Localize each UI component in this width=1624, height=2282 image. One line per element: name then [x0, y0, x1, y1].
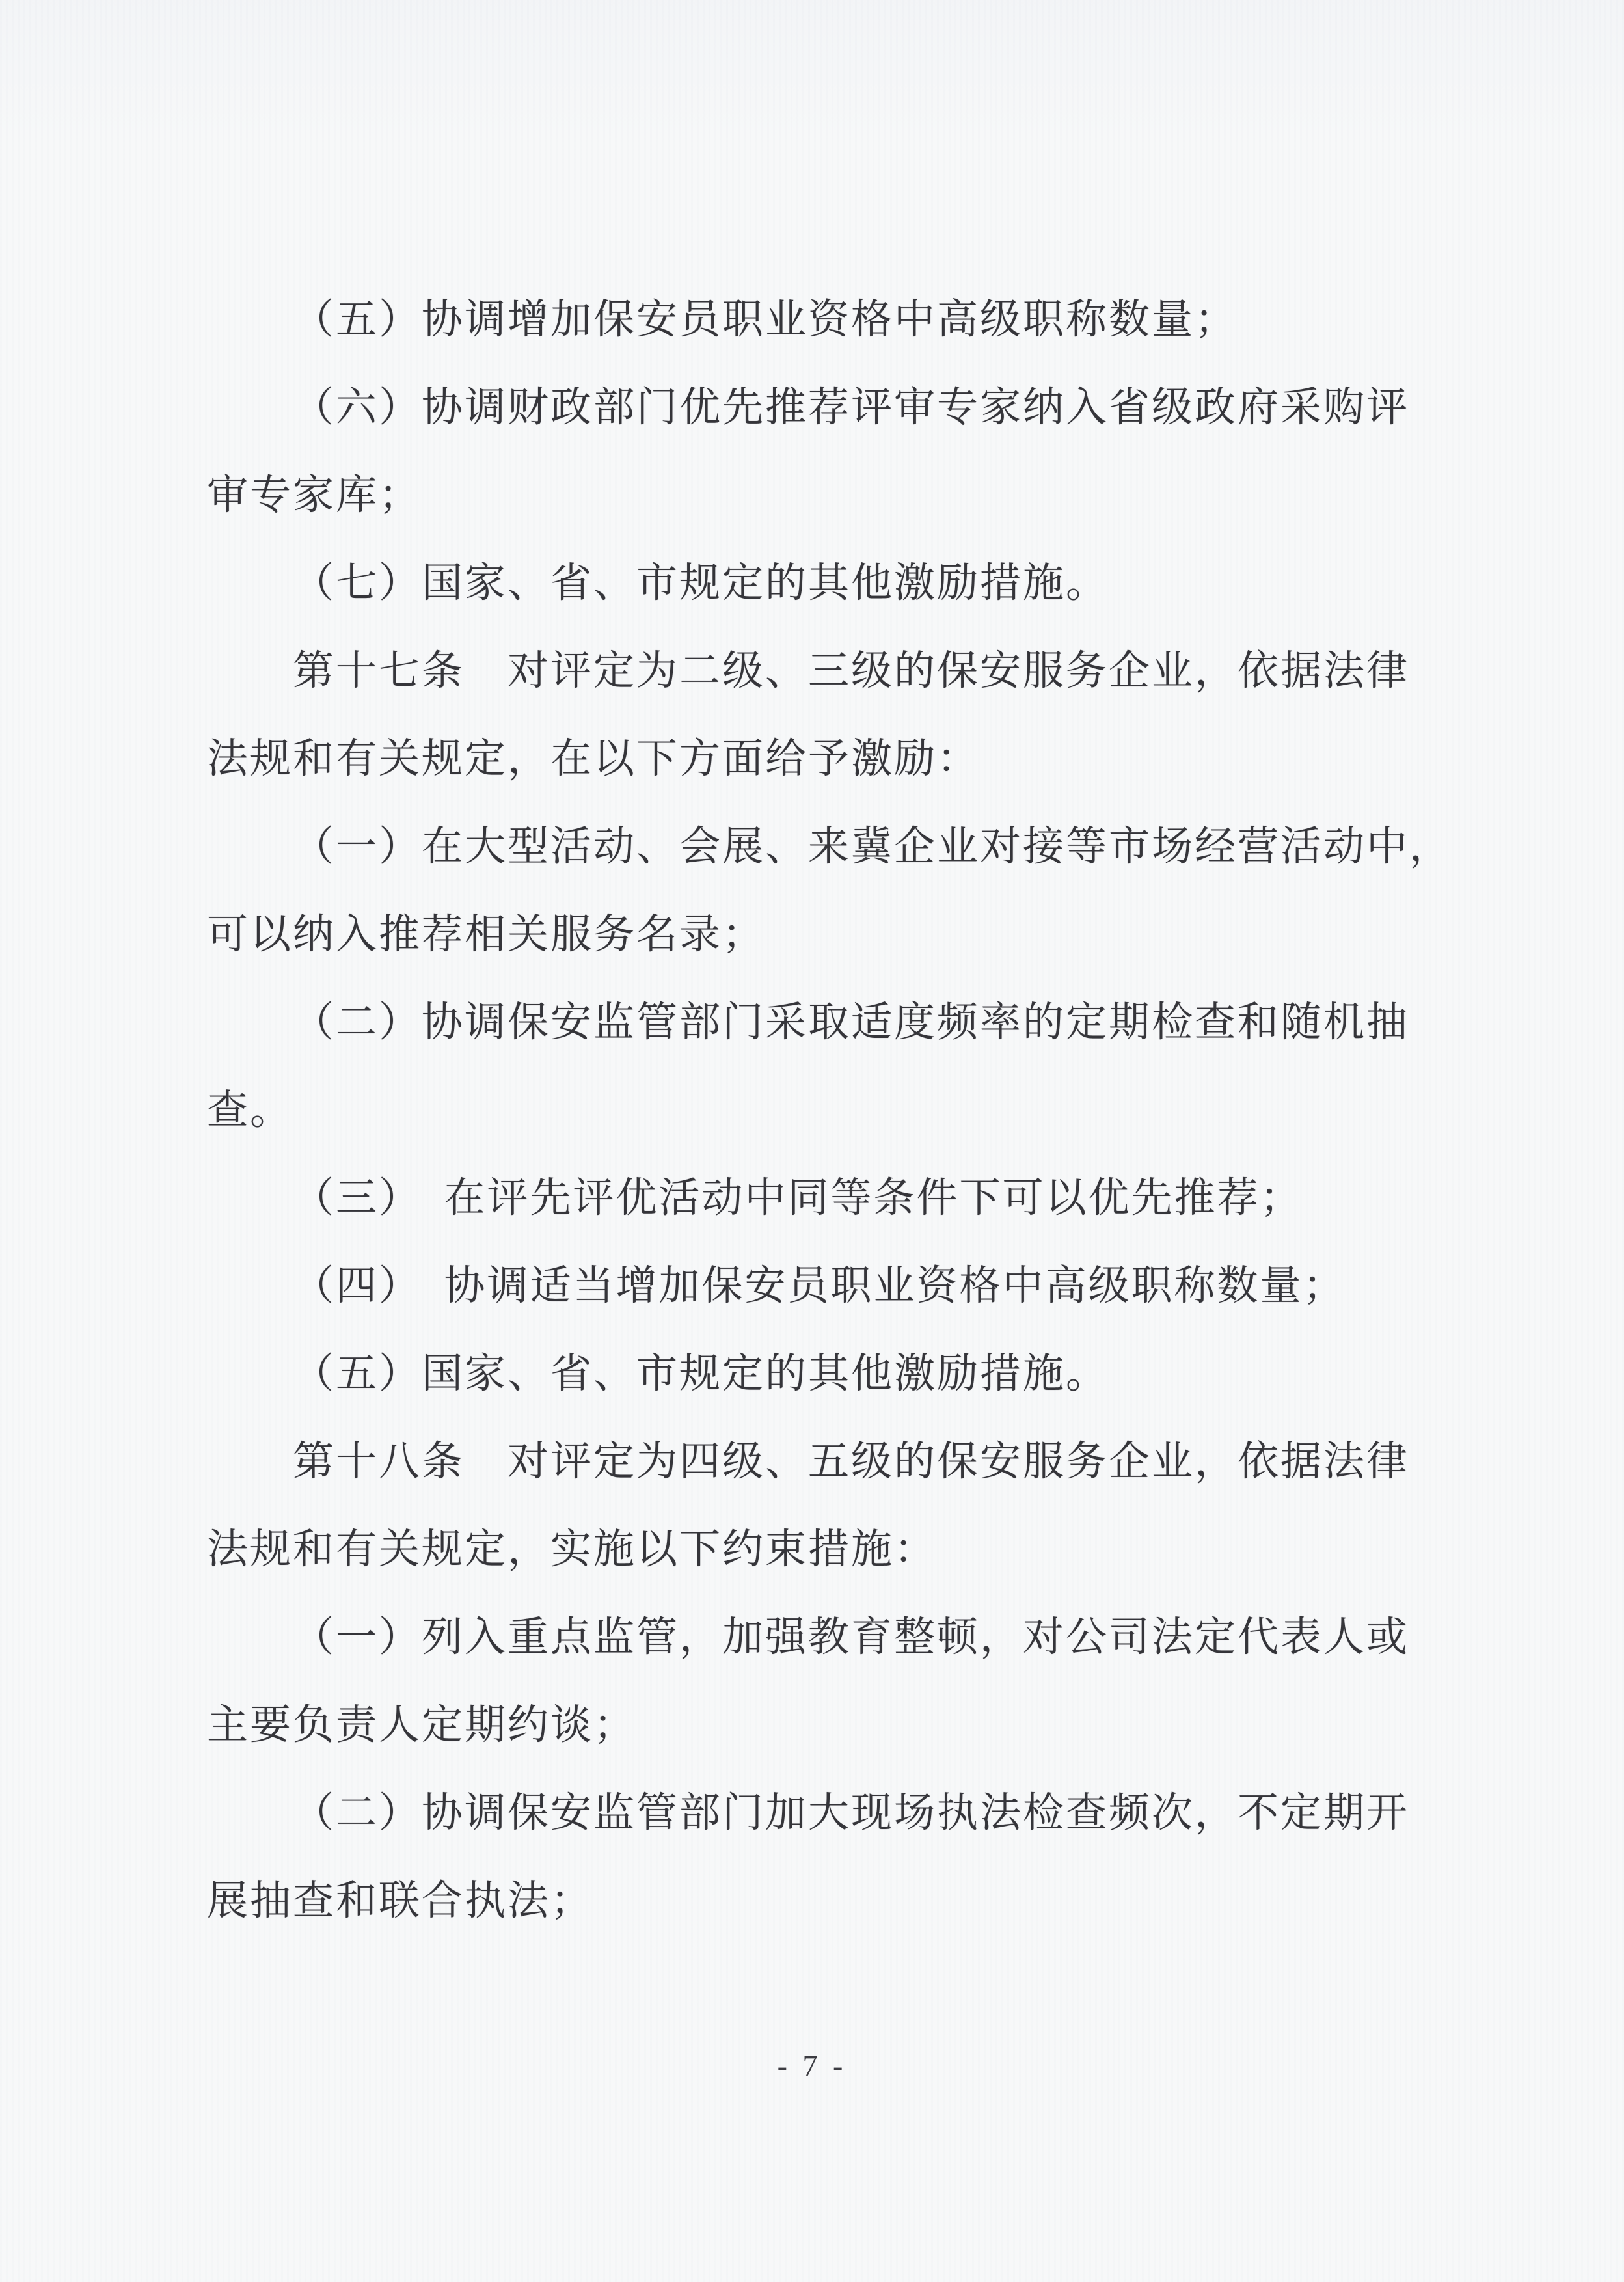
document-line: 可以纳入推荐相关服务名录； — [207, 891, 1417, 979]
document-line: （四） 协调适当增加保安员职业资格中高级职称数量； — [207, 1242, 1417, 1330]
document-line: （五）协调增加保安员职业资格中高级职称数量； — [207, 276, 1417, 364]
document-line: （三） 在评先评优活动中同等条件下可以优先推荐； — [207, 1154, 1417, 1242]
page-number: - 7 - — [778, 2049, 847, 2082]
document-line: （七）国家、省、市规定的其他激励措施。 — [207, 539, 1417, 627]
document-line: 展抽查和联合执法； — [207, 1857, 1417, 1945]
document-line: （五）国家、省、市规定的其他激励措施。 — [207, 1330, 1417, 1418]
document-line: 查。 — [207, 1066, 1417, 1154]
document-lines: （五）协调增加保安员职业资格中高级职称数量；（六）协调财政部门优先推荐评审专家纳… — [207, 276, 1417, 1945]
document-line: （二）协调保安监管部门采取适度频率的定期检查和随机抽 — [207, 979, 1417, 1066]
document-line: 第十八条 对评定为四级、五级的保安服务企业，依据法律 — [207, 1418, 1417, 1506]
document-line: 审专家库； — [207, 452, 1417, 539]
document-line: 主要负责人定期约谈； — [207, 1681, 1417, 1769]
document-line: （一）在大型活动、会展、来冀企业对接等市场经营活动中， — [207, 803, 1417, 891]
page-footer: - 7 - — [0, 2048, 1624, 2083]
document-line: （六）协调财政部门优先推荐评审专家纳入省级政府采购评 — [207, 364, 1417, 452]
document-line: （一）列入重点监管，加强教育整顿，对公司法定代表人或 — [207, 1594, 1417, 1681]
scanned-document-page: （五）协调增加保安员职业资格中高级职称数量；（六）协调财政部门优先推荐评审专家纳… — [0, 0, 1624, 2282]
document-line: （二）协调保安监管部门加大现场执法检查频次，不定期开 — [207, 1769, 1417, 1857]
document-line: 法规和有关规定，在以下方面给予激励： — [207, 715, 1417, 803]
document-line: 法规和有关规定，实施以下约束措施： — [207, 1506, 1417, 1594]
document-line: 第十七条 对评定为二级、三级的保安服务企业，依据法律 — [207, 627, 1417, 715]
